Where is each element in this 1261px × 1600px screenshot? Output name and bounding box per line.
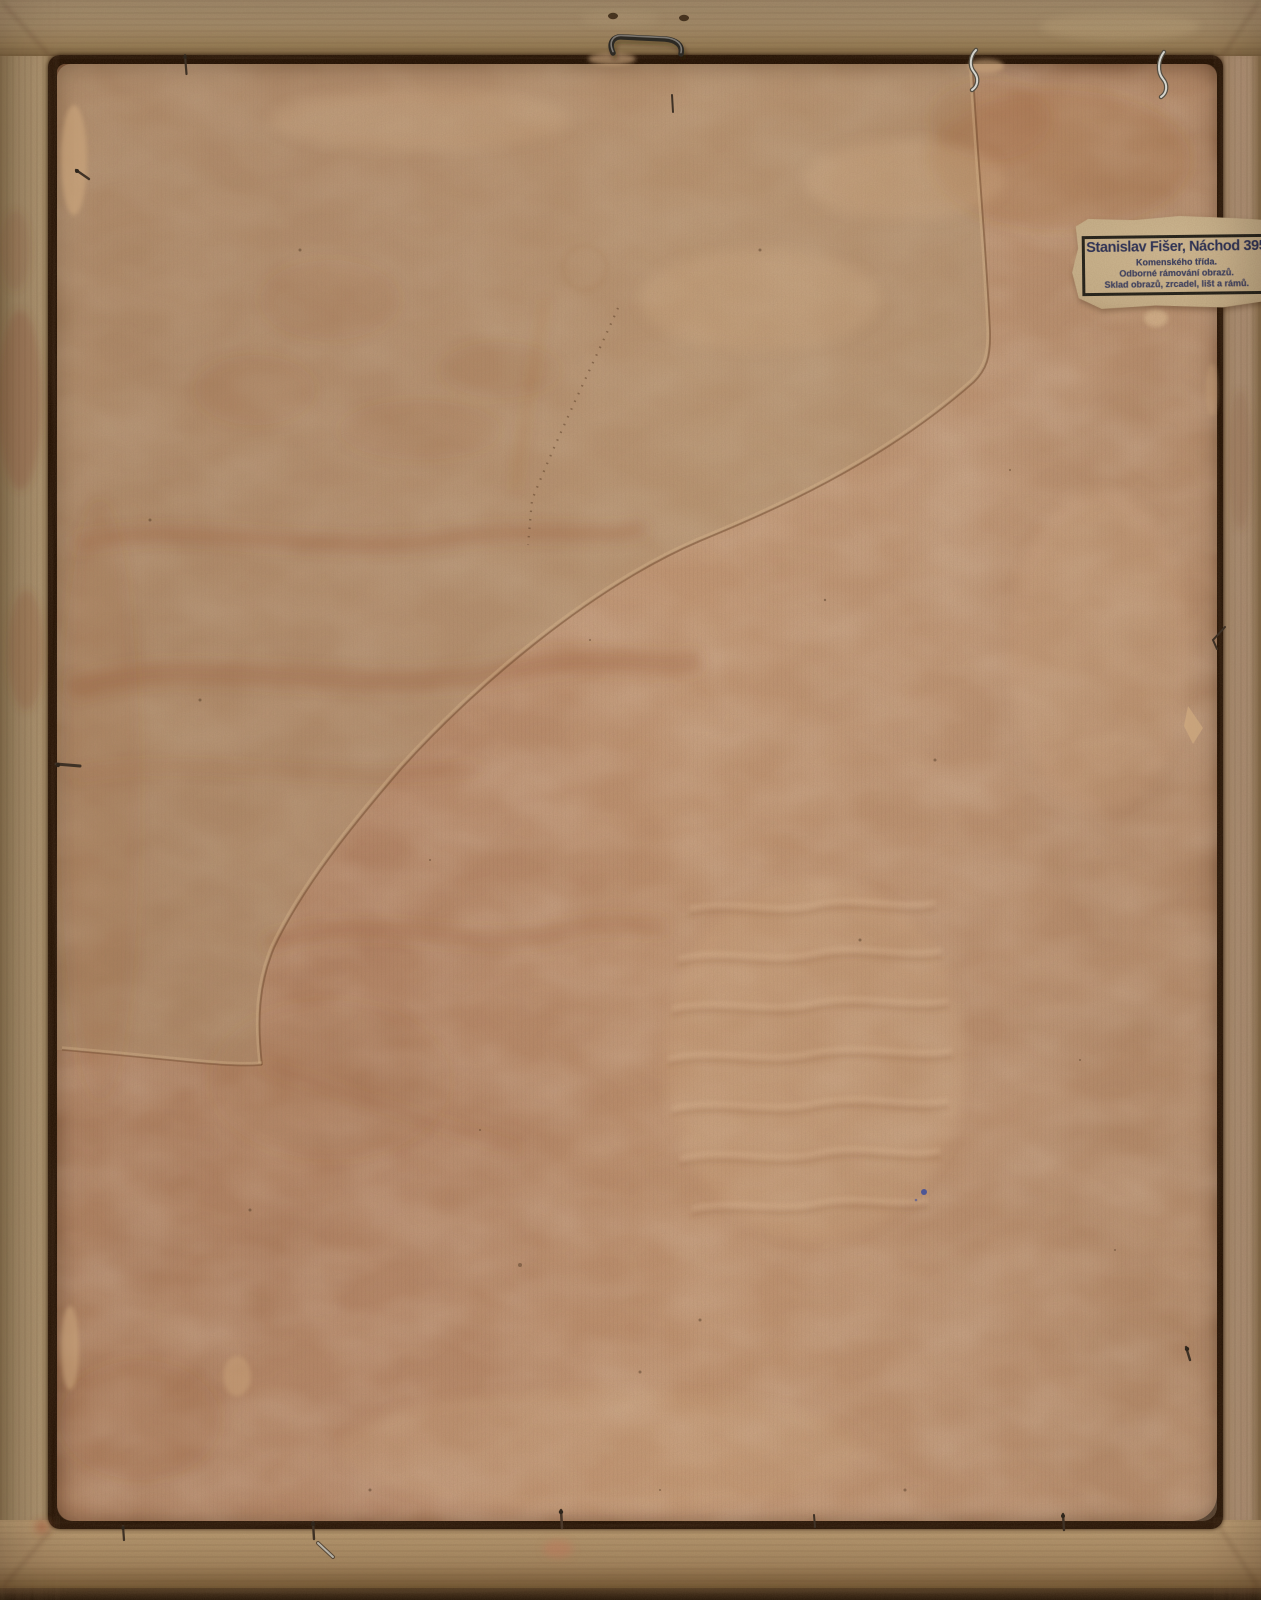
framed-picture-back-photo: Stanislav Fišer, Náchod 395 Komenského t… bbox=[0, 0, 1261, 1600]
photo-vignette bbox=[0, 0, 1261, 1600]
